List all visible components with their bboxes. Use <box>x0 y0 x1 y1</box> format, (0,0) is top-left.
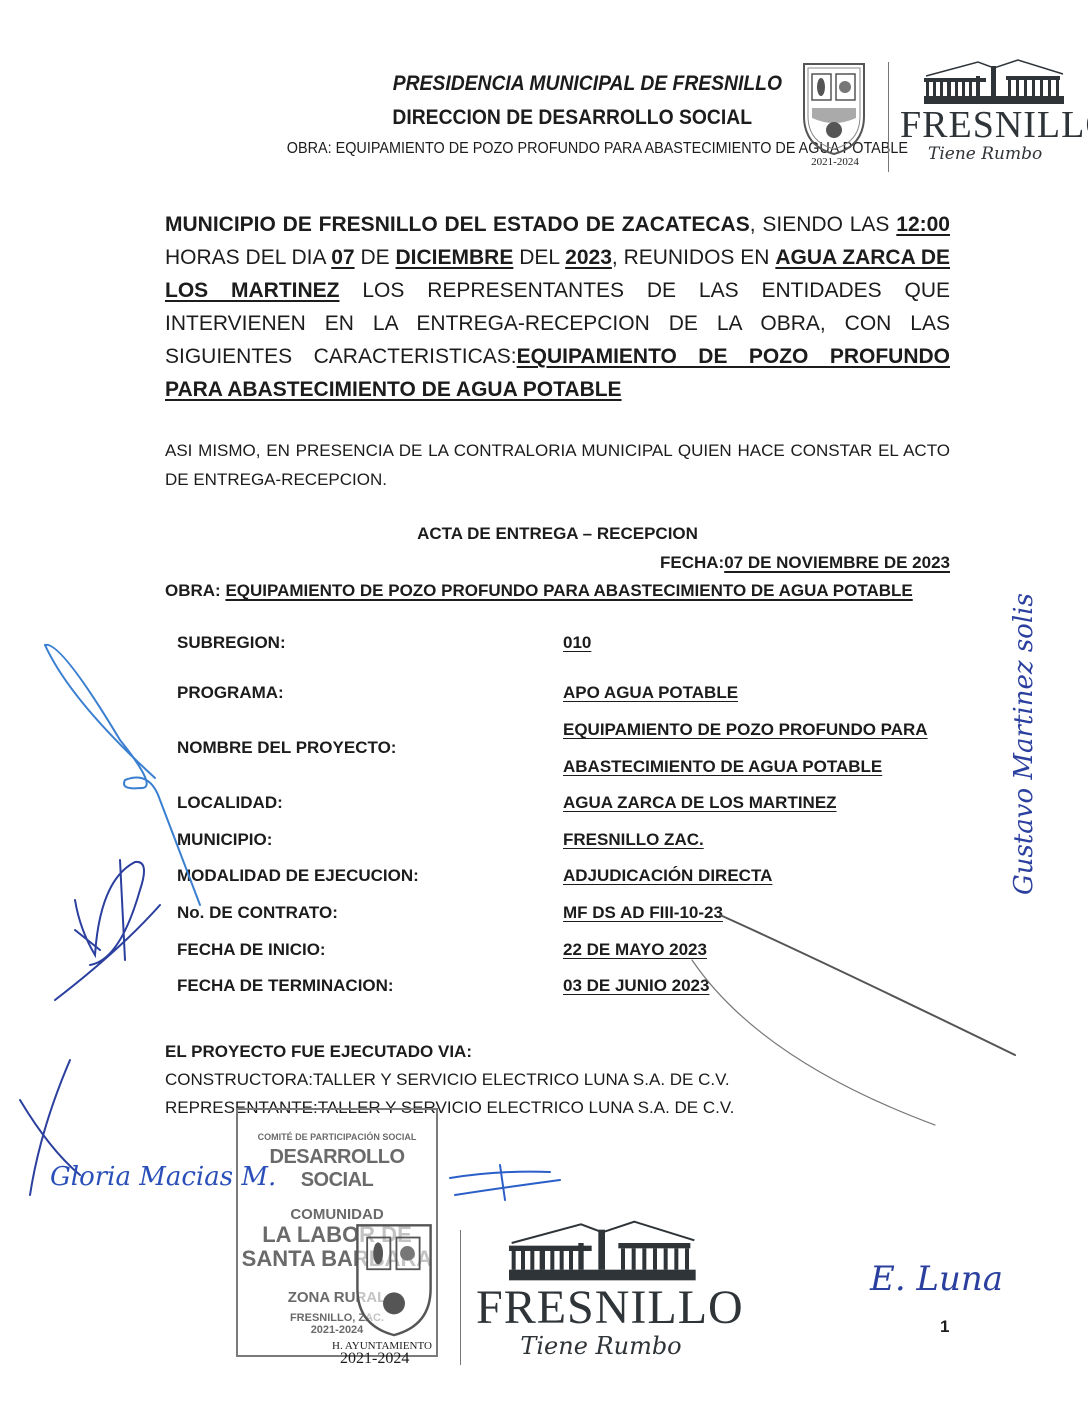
field-value-modalidad: ADJUDICACIÓN DIRECTA <box>563 866 772 886</box>
brand-name: FRESNILLO <box>900 106 1080 144</box>
intro-text: DE <box>355 246 396 269</box>
page-number: 1 <box>940 1317 949 1337</box>
footer-brand-tagline: Tiene Rumbo <box>476 1332 726 1360</box>
field-label-municipio: MUNICIPIO: <box>177 830 272 850</box>
signature-gustavo: Gustavo Martinez solis <box>1009 593 1039 895</box>
intro-text: , REUNIDOS EN <box>612 246 775 269</box>
field-label-subregion: SUBREGION: <box>177 633 286 653</box>
acta-fecha: FECHA:07 DE NOVIEMBRE DE 2023 <box>0 553 950 573</box>
signature-scribble-stroke <box>55 860 160 1000</box>
acta-obra: OBRA: EQUIPAMIENTO DE POZO PROFUNDO PARA… <box>165 581 913 601</box>
field-value-localidad: AGUA ZARCA DE LOS MARTINEZ <box>563 793 837 813</box>
ayuntamiento-years: 2021-2024 <box>340 1350 409 1368</box>
intro-dia: 07 <box>331 246 354 269</box>
stamp-line-desarrollo: DESARROLLO SOCIAL <box>238 1146 436 1192</box>
field-value-fecha-terminacion: 03 DE JUNIO 2023 <box>563 976 709 996</box>
intro-anio: 2023 <box>565 246 612 269</box>
intro-text: HORAS DEL DIA <box>165 246 331 269</box>
field-label-fecha-inicio: FECHA DE INICIO: <box>177 940 326 960</box>
ejecucion-heading: EL PROYECTO FUE EJECUTADO VIA: <box>165 1042 472 1062</box>
header-obra-line: OBRA: EQUIPAMIENTO DE POZO PROFUNDO PARA… <box>91 140 908 158</box>
field-value-proyecto: EQUIPAMIENTO DE POZO PROFUNDO PARA <box>563 720 928 740</box>
stamp-line-comite: COMITÉ DE PARTICIPACIÓN SOCIAL <box>238 1132 436 1142</box>
field-label-contrato: No. DE CONTRATO: <box>177 903 338 923</box>
intro-text: DEL <box>513 246 565 269</box>
fresnillo-skyline-icon <box>918 58 1068 106</box>
field-label-proyecto: NOMBRE DEL PROYECTO: <box>177 738 396 758</box>
signature-luna: E. Luna <box>869 1259 1003 1299</box>
footer-divider <box>460 1230 461 1365</box>
field-value-proyecto-line2: ABASTECIMIENTO DE AGUA POTABLE <box>563 757 882 777</box>
field-value-contrato: MF DS AD FIII-10-23 <box>563 903 723 923</box>
header-divider <box>888 62 889 172</box>
intro-text: , SIENDO LAS <box>750 213 897 236</box>
field-label-fecha-terminacion: FECHA DE TERMINACION: <box>177 976 394 996</box>
municipal-seal-stamp-icon <box>352 1218 436 1340</box>
contraloria-paragraph: ASI MISMO, EN PRESENCIA DE LA CONTRALORI… <box>165 436 950 494</box>
footer-brand-name: FRESNILLO <box>476 1284 726 1332</box>
ejecucion-constructora: CONSTRUCTORA:TALLER Y SERVICIO ELECTRICO… <box>165 1070 730 1090</box>
shield-years: 2021-2024 <box>800 156 870 168</box>
intro-municipio: MUNICIPIO DE FRESNILLO DEL ESTADO DE ZAC… <box>165 213 750 236</box>
fresnillo-footer-skyline-icon <box>501 1218 701 1284</box>
field-value-programa: APO AGUA POTABLE <box>563 683 738 703</box>
field-value-fecha-inicio: 22 DE MAYO 2023 <box>563 940 707 960</box>
acta-fecha-value: 07 DE NOVIEMBRE DE 2023 <box>724 553 950 572</box>
field-value-subregion: 010 <box>563 633 591 653</box>
acta-obra-value: EQUIPAMIENTO DE POZO PROFUNDO PARA ABAST… <box>225 581 912 600</box>
municipal-shield-icon <box>800 58 868 158</box>
field-label-modalidad: MODALIDAD DE EJECUCION: <box>177 866 419 886</box>
brand-tagline: Tiene Rumbo <box>928 144 1080 164</box>
fresnillo-logo: FRESNILLO Tiene Rumbo <box>900 58 1080 164</box>
acta-fecha-label: FECHA: <box>660 553 724 572</box>
header-title: PRESIDENCIA MUNICIPAL DE FRESNILLO <box>63 72 782 96</box>
field-label-localidad: LOCALIDAD: <box>177 793 283 813</box>
field-label-programa: PROGRAMA: <box>177 683 284 703</box>
field-value-municipio: FRESNILLO ZAC. <box>563 830 704 850</box>
acta-obra-label: OBRA: <box>165 581 225 600</box>
intro-mes: DICIEMBRE <box>396 246 514 269</box>
intro-hora: 12:00 <box>896 213 950 236</box>
header-subtitle: DIRECCION DE DESARROLLO SOCIAL <box>60 106 752 130</box>
fresnillo-footer-logo: FRESNILLO Tiene Rumbo <box>476 1218 726 1360</box>
intro-paragraph: MUNICIPIO DE FRESNILLO DEL ESTADO DE ZAC… <box>165 208 950 406</box>
acta-title: ACTA DE ENTREGA – RECEPCION <box>0 524 1088 544</box>
